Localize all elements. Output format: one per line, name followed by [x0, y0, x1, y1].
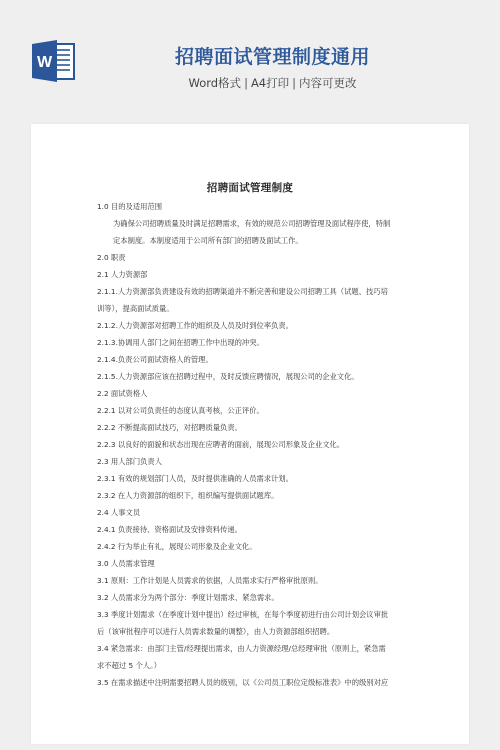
document-line: 2.4.1 负责接待、资格面试及安排资料传递。	[97, 521, 407, 538]
document-line: 3.3 季度计划需求（在季度计划中提出）经过审核，在每个季度初进行由公司计划会议…	[97, 606, 407, 623]
document-line: 2.1.5.人力资源部应该在招聘过程中，及时反馈应聘情况，展现公司的企业文化。	[97, 368, 407, 385]
document-line: 2.3.2 在人力资源部的组织下，组织编写提供面试题库。	[97, 487, 407, 504]
document-line: 训等），提高面试质量。	[97, 300, 407, 317]
document-line: 求不超过 5 个人。）	[97, 657, 407, 674]
word-icon: W	[31, 40, 77, 82]
header-subtitle: Word格式|A4打印|内容可更改	[150, 75, 395, 91]
document-line: 2.4.2 行为举止有礼，展现公司形象及企业文化。	[97, 538, 407, 555]
separator: |	[292, 76, 296, 90]
document-page: 招聘面试管理制度 1.0 目的及适用范围为确保公司招聘质量及时满足招聘需求，有效…	[31, 124, 469, 744]
document-line: 2.2.2 不断提高面试技巧，对招聘质量负责。	[97, 419, 407, 436]
print-label: A4打印	[251, 76, 289, 90]
document-body: 1.0 目的及适用范围为确保公司招聘质量及时满足招聘需求，有效的规范公司招聘管理…	[97, 198, 407, 691]
document-line: 2.1.3.协调用人部门之间在招聘工作中出现的冲突。	[97, 334, 407, 351]
document-line: 3.2 人员需求分为两个部分：季度计划需求、紧急需求。	[97, 589, 407, 606]
separator: |	[244, 76, 248, 90]
document-line: 2.2 面试资格人	[97, 385, 407, 402]
format-label: Word格式	[189, 76, 242, 90]
document-line: 2.1.4.负责公司面试资格人的管理。	[97, 351, 407, 368]
document-line: 2.3 用人部门负责人	[97, 453, 407, 470]
document-line: 2.2.3 以良好的面貌和状态出现在应聘者的面前，展现公司形象及企业文化。	[97, 436, 407, 453]
document-line: 2.3.1 有效的规划部门人员，及时提供准确的人员需求计划。	[97, 470, 407, 487]
svg-text:W: W	[37, 54, 53, 71]
document-line: 2.1 人力资源部	[97, 266, 407, 283]
document-line: 2.1.2.人力资源部对招聘工作的组织及人员及时到位率负责。	[97, 317, 407, 334]
header-title: 招聘面试管理制度通用	[150, 44, 395, 70]
document-line: 1.0 目的及适用范围	[97, 198, 407, 215]
document-line: 2.0 职责	[97, 249, 407, 266]
document-line: 3.0 人员需求管理	[97, 555, 407, 572]
document-line: 2.4 人事文员	[97, 504, 407, 521]
editable-label: 内容可更改	[299, 76, 357, 90]
document-line: 3.1 原则：工作计划是人员需求的依据，人员需求实行严格审批原则。	[97, 572, 407, 589]
document-line: 为确保公司招聘质量及时满足招聘需求，有效的规范公司招聘管理及面试程序使，特制	[97, 215, 407, 232]
document-line: 3.4 紧急需求：由部门主管/经理提出需求，由人力资源经理/总经理审批（原则上，…	[97, 640, 407, 657]
document-line: 2.2.1 以对公司负责任的态度认真考核，公正评价。	[97, 402, 407, 419]
document-line: 2.1.1.人力资源部负责建设有效的招聘渠道并不断完善和建设公司招聘工具（试题、…	[97, 283, 407, 300]
page: W 招聘面试管理制度通用 Word格式|A4打印|内容可更改 招聘面试管理制度 …	[0, 0, 500, 750]
document-line: 3.5 在需求描述中注明需要招聘人员的级别，以《公司员工职位定级标准表》中的级别…	[97, 674, 407, 691]
document-line: 定本制度。本制度适用于公司所有部门的招聘及面试工作。	[97, 232, 407, 249]
document-title: 招聘面试管理制度	[31, 180, 469, 195]
document-line: 后（该审批程序可以进行人员需求数量的调整），由人力资源部组织招聘。	[97, 623, 407, 640]
